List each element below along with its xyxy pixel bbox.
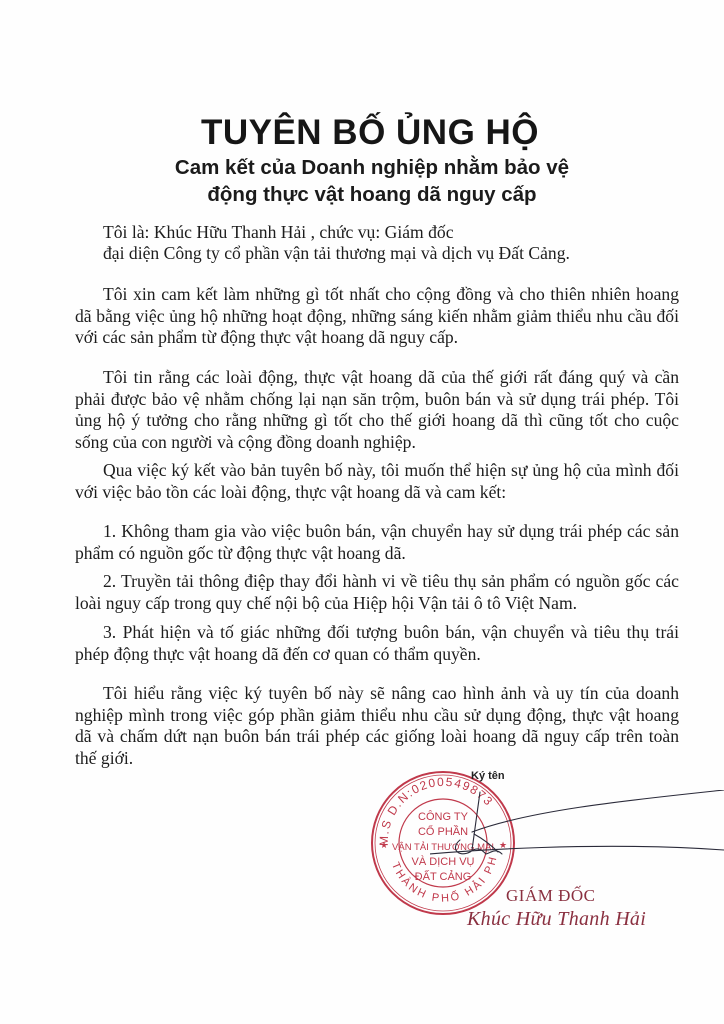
paragraph-belief: Tôi tin rằng các loài động, thực vật hoa… <box>75 367 679 453</box>
paragraph-commitment: Tôi xin cam kết làm những gì tốt nhất ch… <box>75 284 679 349</box>
star-icon: ★ <box>380 840 388 850</box>
signer-name: Khúc Hữu Thanh Hải <box>467 908 646 931</box>
commitment-item-3: 3. Phát hiện và tố giác những đối tượng … <box>75 622 679 665</box>
handwritten-signature <box>430 790 724 870</box>
paragraph-signing: Qua việc ký kết vào bản tuyên bố này, tô… <box>75 460 679 503</box>
position-title: GIÁM ĐỐC <box>506 886 595 906</box>
document-title: TUYÊN BỐ ỦNG HỘ <box>0 113 724 153</box>
commitment-item-1: 1. Không tham gia vào việc buôn bán, vận… <box>75 521 679 564</box>
sign-here-label: Ký tên <box>471 770 505 782</box>
svg-text:ĐẤT CẢNG: ĐẤT CẢNG <box>415 870 472 883</box>
commitment-item-2: 2. Truyền tải thông điệp thay đổi hành v… <box>75 571 679 614</box>
document-subtitle-line2: động thực vật hoang dã nguy cấp <box>0 183 724 207</box>
intro-line-1: Tôi là: Khúc Hữu Thanh Hải , chức vụ: Gi… <box>103 222 683 244</box>
intro-line-2: đại diện Công ty cổ phần vận tải thương … <box>103 243 683 265</box>
paragraph-conclusion: Tôi hiểu rằng việc ký tuyên bố này sẽ nâ… <box>75 683 679 769</box>
document-subtitle-line1: Cam kết của Doanh nghiệp nhằm bảo vệ <box>0 156 724 180</box>
